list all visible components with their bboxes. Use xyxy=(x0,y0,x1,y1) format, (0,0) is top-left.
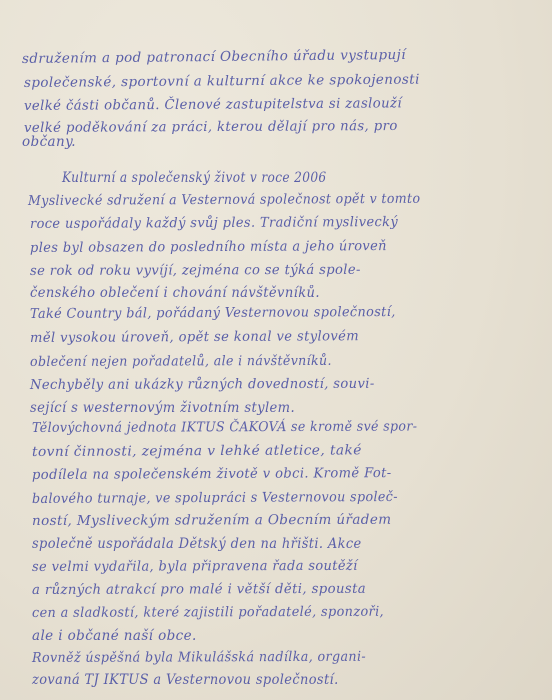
text-line: společenské, sportovní a kulturní akce k… xyxy=(24,72,420,91)
text-line: se rok od roku vyvíjí, zejména co se týk… xyxy=(30,262,361,279)
text-line: ností, Mysliveckým sdružením a Obecním ú… xyxy=(32,512,391,529)
text-line: občany. xyxy=(22,134,76,150)
text-line: se velmi vydařila, byla připravena řada … xyxy=(32,558,358,575)
text-line: sdružením a pod patronací Obecního úřadu… xyxy=(22,47,406,67)
text-line: měl vysokou úroveň, opět se konal ve sty… xyxy=(30,328,359,346)
text-line: ale i občané naší obce. xyxy=(32,628,197,644)
text-line: roce uspořádaly každý svůj ples. Tradičn… xyxy=(30,214,398,232)
text-line: Tělovýchovná jednota IKTUS ČAKOVÁ se kro… xyxy=(32,419,417,436)
section-heading: Kulturní a společenský život v roce 2006 xyxy=(62,170,327,186)
text-line: a různých atrakcí pro malé i větší děti,… xyxy=(32,581,366,598)
text-line: sející s westernovým životním stylem. xyxy=(30,400,295,416)
text-line: velké poděkování za práci, kterou dělají… xyxy=(24,118,398,136)
text-line: oblečení nejen pořadatelů, ale i návštěv… xyxy=(30,353,332,370)
handwritten-page: sdružením a pod patronací Obecního úřadu… xyxy=(0,0,552,700)
text-line: tovní činnosti, zejména v lehké atletice… xyxy=(32,442,362,460)
text-line: zovaná TJ IKTUS a Vesternovou společnost… xyxy=(32,672,339,688)
text-line: velké části občanů. Členové zastupitelst… xyxy=(24,95,402,114)
text-line: cen a sladkostí, které zajistili pořadat… xyxy=(32,604,384,621)
text-line: balového turnaje, ve spolupráci s Vester… xyxy=(32,489,398,507)
text-line: čenského oblečení i chování návštěvníků. xyxy=(30,285,320,301)
text-line: Nechyběly ani ukázky různých dovedností,… xyxy=(30,376,375,393)
text-line: Myslivecké sdružení a Vesternová společn… xyxy=(28,191,420,209)
text-line: ples byl obsazen do posledního místa a j… xyxy=(30,238,387,256)
text-line: podílela na společenském životě v obci. … xyxy=(32,465,392,483)
text-line: Rovněž úspěšná byla Mikulášská nadílka, … xyxy=(32,649,366,666)
text-line: Také Country bál, pořádaný Vesternovou s… xyxy=(30,304,396,322)
text-line: společně uspořádala Dětský den na hřišti… xyxy=(32,536,362,552)
